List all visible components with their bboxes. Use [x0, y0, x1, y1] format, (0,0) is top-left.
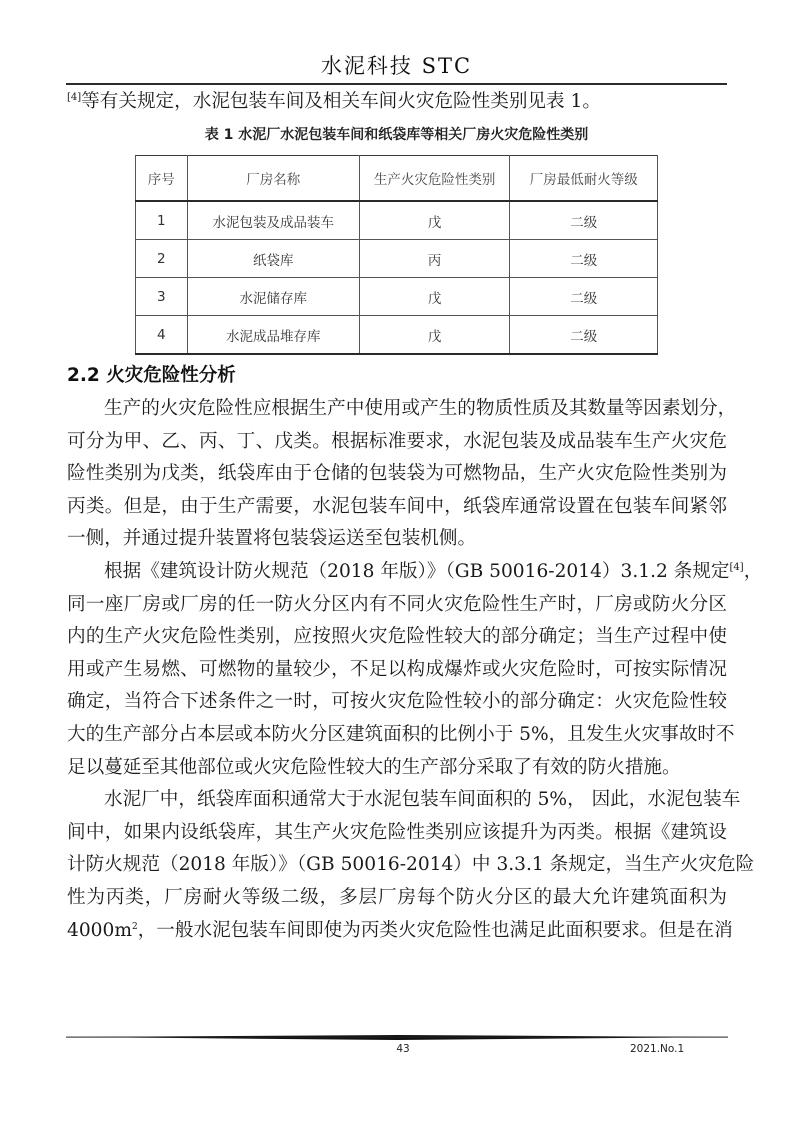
paragraph-line: 根据《建筑设计防火规范（2018 年版）》（GB 50016-2014）3.1.…	[67, 556, 727, 589]
cell-building-name: 纸袋库	[187, 240, 359, 278]
citation-marker[interactable]: [4]	[730, 562, 744, 573]
table-row: 4 水泥成品堆存库 戊 二级	[136, 316, 658, 355]
cell-serial: 3	[136, 278, 188, 316]
cell-hazard-category: 戊	[359, 316, 510, 355]
table-header-row: 序号 厂房名称 生产火灾危险性类别 厂房最低耐火等级	[136, 156, 658, 202]
cell-fire-resistance-grade: 二级	[510, 240, 658, 278]
intro-block: [4]等有关规定，水泥包装车间及相关车间火灾危险性类别见表 1。	[67, 86, 727, 119]
table-row: 3 水泥储存库 戊 二级	[136, 278, 658, 316]
paragraph-text: 4000m	[67, 920, 132, 941]
header-rule	[66, 83, 727, 85]
cell-fire-resistance-grade: 二级	[510, 278, 658, 316]
paragraph-line: 大的生产部分占本层或本防火分区建筑面积的比例小于 5%，且发生火灾事故时不	[67, 719, 727, 752]
journal-header-title: 水泥科技 STC	[0, 52, 793, 80]
table-row: 1 水泥包装及成品装车 戊 二级	[136, 201, 658, 240]
paragraph-line: 生产的火灾危险性应根据生产中使用或产生的物质性质及其数量等因素划分，	[67, 393, 727, 426]
cell-hazard-category: 戊	[359, 201, 510, 240]
paragraph: 根据《建筑设计防火规范（2018 年版）》（GB 50016-2014）3.1.…	[67, 556, 727, 784]
section-heading: 2.2 火灾危险性分析	[67, 362, 236, 390]
paragraph-line: 性为丙类，厂房耐火等级二级，多层厂房每个防火分区的最大允许建筑面积为	[67, 882, 727, 915]
paragraph-line: 一侧，并通过提升装置将包装袋运送至包装机侧。	[67, 523, 727, 556]
column-header-hazard-category: 生产火灾危险性类别	[359, 156, 510, 202]
cell-serial: 4	[136, 316, 188, 355]
paragraph-line: 4000m2，一般水泥包装车间即使为丙类火灾危险性也满足此面积要求。但是在消	[67, 915, 727, 948]
paragraph: 水泥厂中，纸袋库面积通常大于水泥包装车间面积的 5%， 因此，水泥包装车 间中，…	[67, 784, 727, 947]
footer-rule	[66, 1035, 728, 1040]
paragraph: 生产的火灾危险性应根据生产中使用或产生的物质性质及其数量等因素划分， 可分为甲、…	[67, 393, 727, 556]
cell-hazard-category: 戊	[359, 278, 510, 316]
paragraph-line: 足以蔓延至其他部位或火灾危险性较大的生产部分采取了有效的防火措施。	[67, 752, 727, 785]
table-caption: 表 1 水泥厂水泥包装车间和纸袋库等相关厂房火灾危险性类别	[0, 125, 793, 145]
paragraph-text: ，	[744, 561, 763, 582]
cell-fire-resistance-grade: 二级	[510, 316, 658, 355]
cell-fire-resistance-grade: 二级	[510, 201, 658, 240]
issue-label: 2021.No.1	[630, 1043, 700, 1055]
section-body: 生产的火灾危险性应根据生产中使用或产生的物质性质及其数量等因素划分， 可分为甲、…	[67, 393, 727, 947]
page-number: 43	[388, 1043, 418, 1055]
cell-building-name: 水泥储存库	[187, 278, 359, 316]
paragraph-line: 间中，如果内设纸袋库，其生产火灾危险性类别应该提升为丙类。根据《建筑设	[67, 817, 727, 850]
paragraph-line: 可分为甲、乙、丙、丁、戊类。根据标准要求，水泥包装及成品装车生产火灾危	[67, 426, 727, 459]
paragraph-text: ，一般水泥包装车间即使为丙类火灾危险性也满足此面积要求。但是在消	[138, 920, 733, 941]
column-header-serial: 序号	[136, 156, 188, 202]
paragraph-line: 内的生产火灾危险性类别，应按照火灾危险性较大的部分确定；当生产过程中使	[67, 621, 727, 654]
intro-text: 等有关规定，水泥包装车间及相关车间火灾危险性类别见表 1。	[81, 91, 601, 112]
column-header-fire-resistance-grade: 厂房最低耐火等级	[510, 156, 658, 202]
cell-serial: 2	[136, 240, 188, 278]
paragraph-line: 确定，当符合下述条件之一时，可按火灾危险性较小的部分确定：火灾危险性较	[67, 686, 727, 719]
paragraph-line: 同一座厂房或厂房的任一防火分区内有不同火灾危险性生产时，厂房或防火分区	[67, 589, 727, 622]
fire-hazard-table: 序号 厂房名称 生产火灾危险性类别 厂房最低耐火等级 1 水泥包装及成品装车 戊…	[135, 155, 658, 355]
paragraph-line: 险性类别为戊类，纸袋库由于仓储的包装袋为可燃物品，生产火灾危险性类别为	[67, 458, 727, 491]
cell-building-name: 水泥成品堆存库	[187, 316, 359, 355]
citation-marker[interactable]: [4]	[67, 92, 81, 103]
table-row: 2 纸袋库 丙 二级	[136, 240, 658, 278]
column-header-building-name: 厂房名称	[187, 156, 359, 202]
paragraph-line: 丙类。但是，由于生产需要，水泥包装车间中，纸袋库通常设置在包装车间紧邻	[67, 491, 727, 524]
intro-line: [4]等有关规定，水泥包装车间及相关车间火灾危险性类别见表 1。	[67, 86, 727, 119]
cell-hazard-category: 丙	[359, 240, 510, 278]
paragraph-text: 根据《建筑设计防火规范（2018 年版）》（GB 50016-2014）3.1.…	[104, 561, 730, 582]
cell-building-name: 水泥包装及成品装车	[187, 201, 359, 240]
cell-serial: 1	[136, 201, 188, 240]
paragraph-line: 计防火规范（2018 年版）》（GB 50016-2014）中 3.3.1 条规…	[67, 849, 727, 882]
paragraph-line: 水泥厂中，纸袋库面积通常大于水泥包装车间面积的 5%， 因此，水泥包装车	[67, 784, 727, 817]
paragraph-line: 用或产生易燃、可燃物的量较少，不足以构成爆炸或火灾危险时，可按实际情况	[67, 654, 727, 687]
